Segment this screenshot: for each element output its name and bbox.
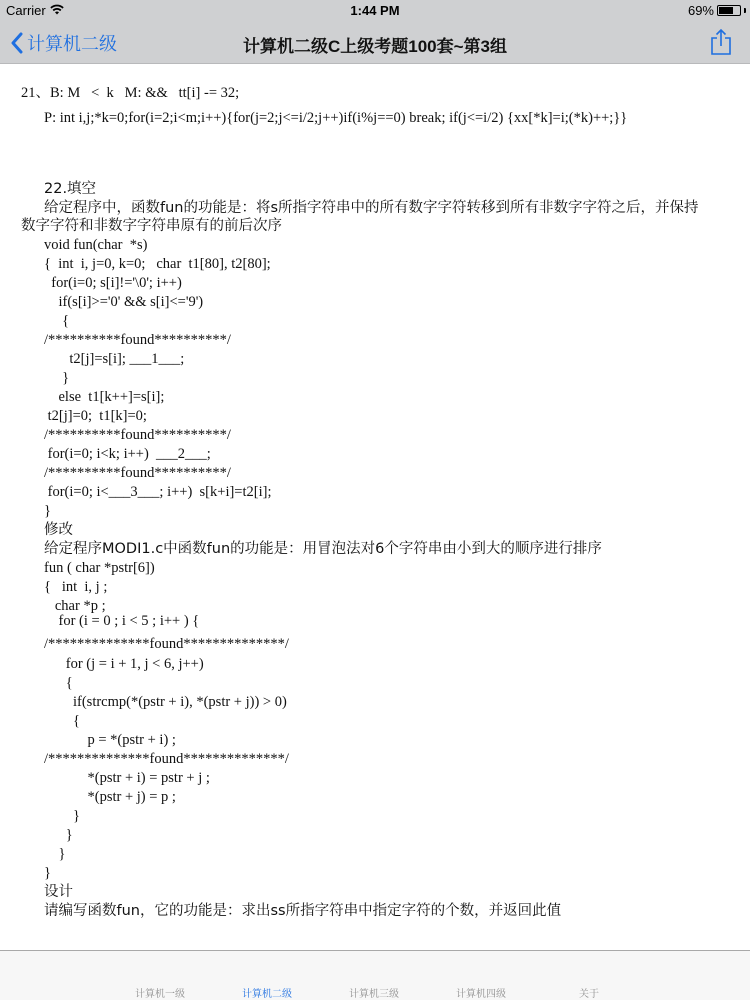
code-line: if(strcmp(*(pstr + i), *(pstr + j)) > 0) <box>44 693 287 713</box>
battery-tip <box>744 8 746 13</box>
code-line: fun ( char *pstr[6]) <box>44 559 155 579</box>
found-marker: /**************found**************/ <box>44 750 289 770</box>
tab-about[interactable]: 关于 <box>549 985 629 1000</box>
battery-percent: 69% <box>688 3 714 18</box>
code-line: { <box>44 674 73 694</box>
q22-heading: 22.填空 <box>44 180 96 200</box>
code-line: else t1[k++]=s[i]; <box>44 388 164 408</box>
tab-bar: 计算机一级 计算机二级 计算机三级 计算机四级 关于 <box>0 950 750 1000</box>
code-line: *(pstr + j) = p ; <box>44 788 176 808</box>
tab-level-3[interactable]: 计算机三级 <box>334 985 414 1000</box>
code-line: if(s[i]>='0' && s[i]<='9') <box>44 293 203 313</box>
found-marker: /**************found**************/ <box>44 635 289 655</box>
status-bar: Carrier 1:44 PM 69% <box>0 0 750 22</box>
tab-level-4[interactable]: 计算机四级 <box>441 985 521 1000</box>
q22-desc-line1: 给定程序中，函数fun的功能是：将s所指字符串中的所有数字字符转移到所有非数字字… <box>44 199 699 219</box>
code-line: t2[j]=0; t1[k]=0; <box>44 407 147 427</box>
share-button[interactable] <box>710 28 732 61</box>
code-line: for(i=0; s[i]!='\0'; i++) <box>44 274 182 294</box>
code-line: } <box>44 369 69 389</box>
code-line: for(i=0; i<___3___; i++) s[k+i]=t2[i]; <box>44 483 271 503</box>
q21-program-line: P: int i,j;*k=0;for(i=2;i<m;i++){for(j=2… <box>44 109 627 129</box>
page-title: 计算机二级C上级考题100套~第3组 <box>0 32 750 57</box>
code-line: { int i, j=0, k=0; char t1[80], t2[80]; <box>44 255 271 275</box>
code-line: } <box>44 826 73 846</box>
code-line: { int i, j ; <box>44 578 107 598</box>
q21-answer-line: 21、B: M < k M: && tt[i] -= 32; <box>21 84 239 104</box>
code-line: } <box>44 502 51 522</box>
modify-heading: 修改 <box>44 521 73 541</box>
design-heading: 设计 <box>44 883 73 903</box>
code-line: for (j = i + 1, j < 6, j++) <box>44 655 204 675</box>
code-line: for(i=0; i<k; i++) ___2___; <box>44 445 211 465</box>
status-right: 69% <box>688 3 746 18</box>
code-line: } <box>44 807 80 827</box>
code-line: t2[j]=s[i]; ___1___; <box>44 350 184 370</box>
found-marker: /**********found**********/ <box>44 426 231 446</box>
modify-desc: 给定程序MODI1.c中函数fun的功能是：用冒泡法对6个字符串由小到大的顺序进… <box>44 540 602 560</box>
status-time: 1:44 PM <box>0 3 750 18</box>
battery-icon <box>717 5 741 16</box>
code-line: } <box>44 845 65 865</box>
tab-level-2[interactable]: 计算机二级 <box>227 985 307 1000</box>
found-marker: /**********found**********/ <box>44 464 231 484</box>
code-line: { <box>44 312 69 332</box>
found-marker: /**********found**********/ <box>44 331 231 351</box>
code-line: void fun(char *s) <box>44 236 147 256</box>
share-icon <box>710 28 732 56</box>
design-desc: 请编写函数fun，它的功能是：求出ss所指字符串中指定字符的个数，并返回此值 <box>44 902 561 922</box>
q22-desc-line2: 数字字符和非数字字符串原有的前后次序 <box>21 217 282 237</box>
code-line: p = *(pstr + i) ; <box>44 731 176 751</box>
code-line: for (i = 0 ; i < 5 ; i++ ) { <box>44 612 199 632</box>
tab-level-1[interactable]: 计算机一级 <box>120 985 200 1000</box>
code-line: *(pstr + i) = pstr + j ; <box>44 769 210 789</box>
code-line: { <box>44 712 80 732</box>
code-line: } <box>44 864 51 884</box>
document-content[interactable]: 21、B: M < k M: && tt[i] -= 32; P: int i,… <box>0 65 750 950</box>
nav-bar: 计算机二级 计算机二级C上级考题100套~第3组 <box>0 22 750 64</box>
